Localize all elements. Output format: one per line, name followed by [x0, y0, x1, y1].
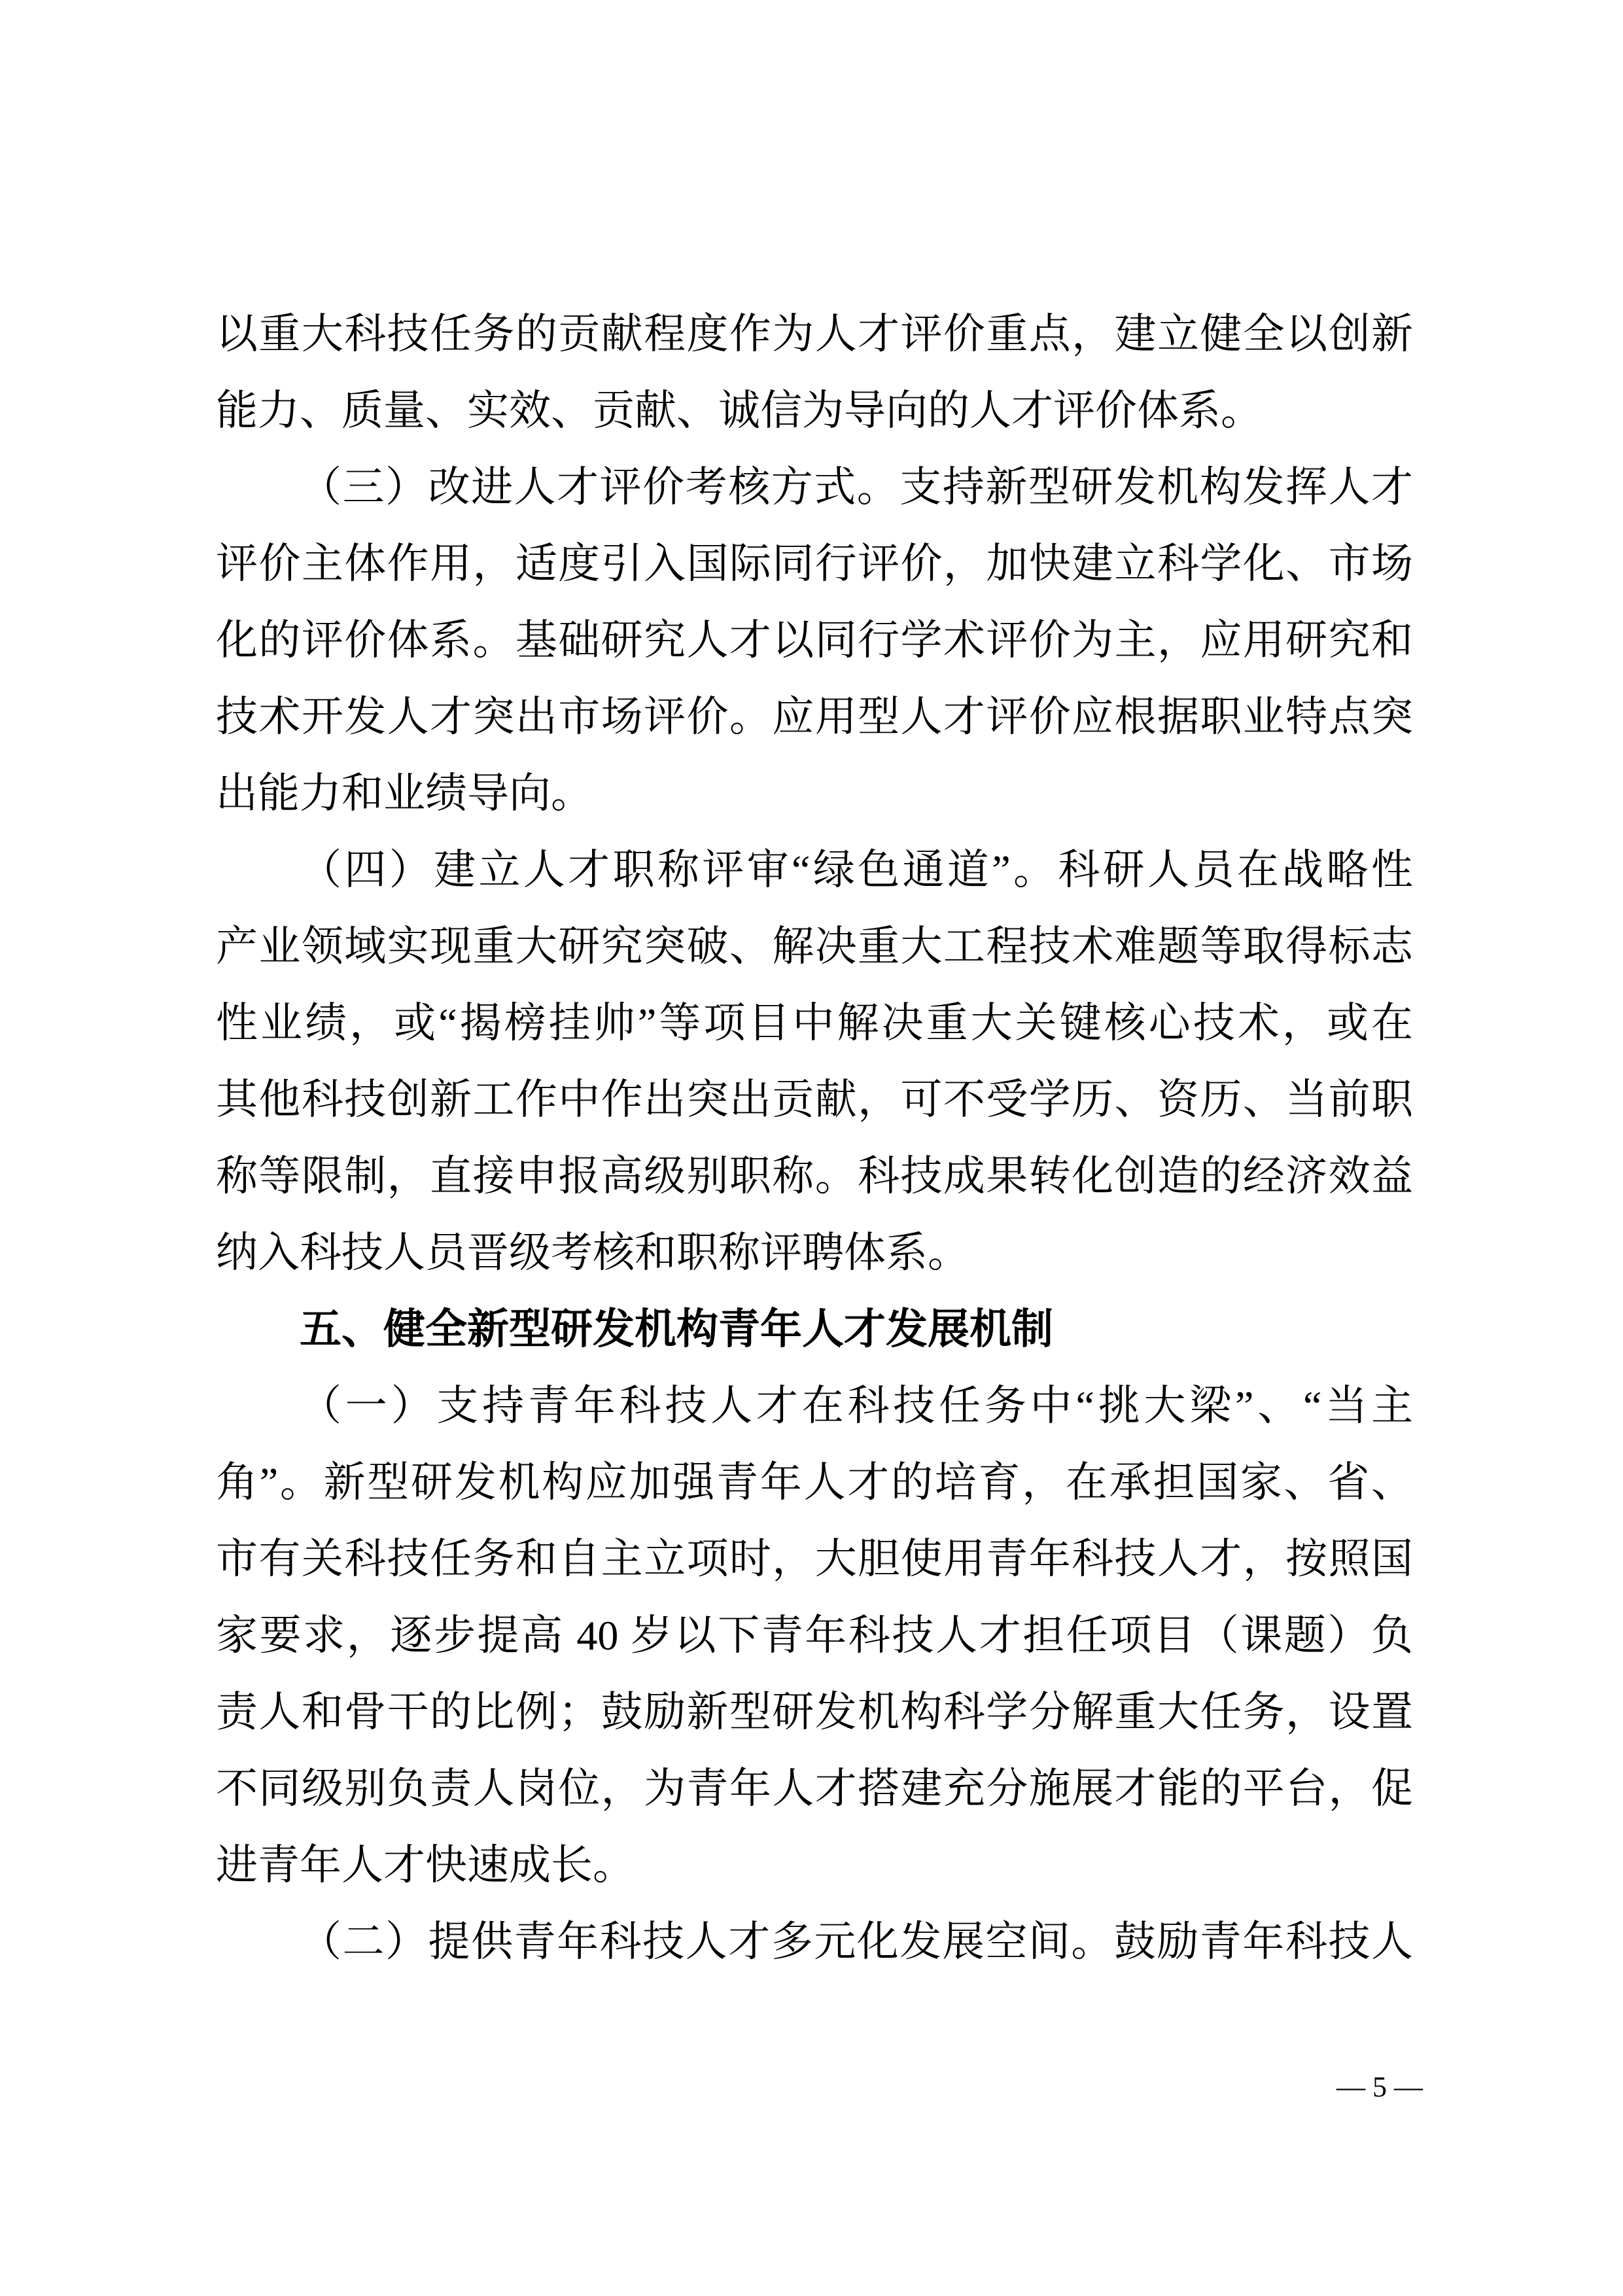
- text-line: 家要求，逐步提高 40 岁以下青年科技人才担任项目（课题）负: [216, 1597, 1413, 1674]
- text-line: 评价主体作用，适度引入国际同行评价，加快建立科学化、市场: [216, 525, 1413, 602]
- text-line: 化的评价体系。基础研究人才以同行学术评价为主，应用研究和: [216, 602, 1413, 679]
- text-line: 技术开发人才突出市场评价。应用型人才评价应根据职业特点突: [216, 679, 1413, 755]
- text-line: （一）支持青年科技人才在科技任务中“挑大梁”、“当主: [216, 1368, 1413, 1444]
- text-line: （三）改进人才评价考核方式。支持新型研发机构发挥人才: [216, 449, 1413, 525]
- text-line: 角”。新型研发机构应加强青年人才的培育，在承担国家、省、: [216, 1444, 1413, 1521]
- text-line: 以重大科技任务的贡献程度作为人才评价重点，建立健全以创新: [216, 296, 1413, 372]
- document-page: 以重大科技任务的贡献程度作为人才评价重点，建立健全以创新 能力、质量、实效、贡献…: [0, 0, 1623, 2296]
- text-line: 进青年人才快速成长。: [216, 1827, 1413, 1903]
- text-line: 不同级别负责人岗位，为青年人才搭建充分施展才能的平台，促: [216, 1750, 1413, 1827]
- text-line: （四）建立人才职称评审“绿色通道”。科研人员在战略性: [216, 832, 1413, 908]
- text-line: 责人和骨干的比例；鼓励新型研发机构科学分解重大任务，设置: [216, 1674, 1413, 1750]
- text-line: 纳入科技人员晋级考核和职称评聘体系。: [216, 1214, 1413, 1291]
- text-line: 其他科技创新工作中作出突出贡献，可不受学历、资历、当前职: [216, 1061, 1413, 1138]
- text-line: 市有关科技任务和自主立项时，大胆使用青年科技人才，按照国: [216, 1521, 1413, 1597]
- body-text: 以重大科技任务的贡献程度作为人才评价重点，建立健全以创新 能力、质量、实效、贡献…: [216, 296, 1413, 1980]
- text-line: 称等限制，直接申报高级别职称。科技成果转化创造的经济效益: [216, 1138, 1413, 1214]
- page-number: — 5 —: [1336, 2070, 1423, 2104]
- text-line: 性业绩，或“揭榜挂帅”等项目中解决重大关键核心技术，或在: [216, 985, 1413, 1061]
- text-line: 能力、质量、实效、贡献、诚信为导向的人才评价体系。: [216, 372, 1413, 449]
- text-line: （二）提供青年科技人才多元化发展空间。鼓励青年科技人: [216, 1903, 1413, 1980]
- section-heading: 五、健全新型研发机构青年人才发展机制: [216, 1291, 1413, 1368]
- text-line: 出能力和业绩导向。: [216, 755, 1413, 832]
- text-line: 产业领域实现重大研究突破、解决重大工程技术难题等取得标志: [216, 908, 1413, 985]
